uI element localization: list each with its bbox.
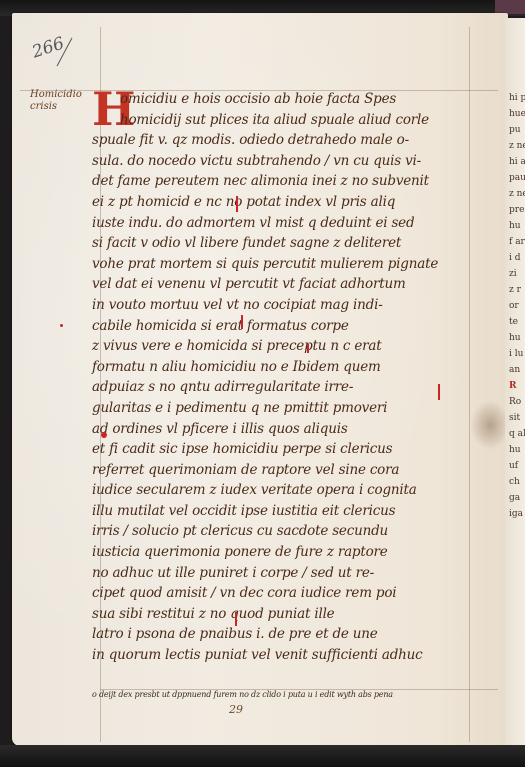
leaf-fragment: iga: [505, 506, 525, 522]
text-line: in quorum lectis puniat vel venit suffic…: [92, 645, 490, 666]
red-paraph-mark: [307, 344, 309, 353]
text-line: det fame pereutem nec alimonia inei z no…: [92, 171, 490, 192]
text-line: cipet quod amisit / vn dec cora iudice r…: [92, 583, 490, 604]
leaf-fragment: uf: [505, 458, 525, 474]
leaf-fragment: i lu: [505, 346, 525, 362]
text-line: spuale fit v. qz modis. odiedo detrahedo…: [92, 130, 490, 151]
text-line: in vouto mortuu vel vt no cocipiat mag i…: [92, 295, 490, 316]
leaf-fragment: ga: [505, 490, 525, 506]
leaf-fragment: hu: [505, 330, 525, 346]
leaf-fragment: or: [505, 298, 525, 314]
leaf-fragment: ch: [505, 474, 525, 490]
leaf-fragment: i d: [505, 250, 525, 266]
leaf-fragment: an: [505, 362, 525, 378]
leaf-fragment: f ar: [505, 234, 525, 250]
red-paraph-mark: [236, 196, 238, 212]
text-line: omicidiu e hois occisio ab hoie facta Sp…: [120, 89, 490, 110]
red-mark-strike: [101, 432, 107, 438]
text-line: et fi cadit sic ipse homicidiu perpe si …: [92, 439, 490, 460]
bottom-gloss: o deijt dex presbt ut dppnuend furem no …: [92, 690, 482, 699]
text-line: illu mutilat vel occidit ipse iustitia e…: [92, 501, 490, 522]
text-line: iuste indu. do admortem vl mist q deduin…: [92, 213, 490, 234]
text-line: adpuiaz s no qntu adirregularitate irre-: [92, 377, 490, 398]
text-line: irris / solucio pt clericus cu sacdote s…: [92, 521, 490, 542]
leaf-fragment: pu: [505, 122, 525, 138]
text-line: latro i psona de pnaibus i. de pre et de…: [92, 624, 490, 645]
text-line: no adhuc ut ille puniret i corpe / sed u…: [92, 563, 490, 584]
catchword: 29: [229, 703, 243, 716]
leaf-fragment: pre: [505, 202, 525, 218]
rubric-line-2: crisis: [30, 101, 90, 113]
next-leaf-edge: hi p hue pu z ne hi ac pau z ne pre hu f…: [505, 18, 525, 748]
rubric-line-1: Homicidio: [30, 89, 90, 101]
text-line: iudice secularem z iudex veritate opera …: [92, 480, 490, 501]
leaf-fragment: hi p: [505, 90, 525, 106]
book-cover-bottom: [0, 745, 525, 767]
marginal-rubric: Homicidio crisis: [30, 89, 90, 113]
red-margin-dot: [60, 324, 63, 327]
text-line: sua sibi restitui z no quod puniat ille: [92, 604, 490, 625]
red-paraph-mark: [438, 384, 440, 400]
red-paraph-mark: [235, 612, 237, 626]
book-cover-corner: [495, 0, 525, 14]
leaf-fragment: te: [505, 314, 525, 330]
text-line: referret querimoniam de raptore vel sine…: [92, 460, 490, 481]
leaf-fragment: hue: [505, 106, 525, 122]
text-line: ei z pt homicid e nc no potat index vl p…: [92, 192, 490, 213]
leaf-fragment: z ne: [505, 186, 525, 202]
text-line: homicidij sut plices ita aliud spuale al…: [120, 110, 490, 131]
text-line: sula. do nocedo victu subtrahendo / vn c…: [92, 151, 490, 172]
leaf-red-initial: R: [505, 378, 525, 394]
leaf-fragment: sit: [505, 410, 525, 426]
text-line: vohe prat mortem si quis percutit mulier…: [92, 254, 490, 275]
leaf-fragment: hu: [505, 218, 525, 234]
leaf-fragment: hu: [505, 442, 525, 458]
main-text: omicidiu e hois occisio ab hoie facta Sp…: [120, 89, 490, 666]
text-line: formatu n aliu homicidiu no e Ibidem que…: [92, 357, 490, 378]
text-line: vel dat ei venenu vl percutit vt faciat …: [92, 274, 490, 295]
text-line: gularitas e i pedimentu q ne pmittit pmo…: [92, 398, 490, 419]
text-line: cabile homicida si erat formatus corpe: [92, 316, 490, 337]
leaf-fragment: pau: [505, 170, 525, 186]
leaf-fragment: q al: [505, 426, 525, 442]
leaf-fragment: hi ac: [505, 154, 525, 170]
text-line: si facit v odio vl libere fundet sagne z…: [92, 233, 490, 254]
text-line: z vivus vere e homicida si preceptu n c …: [92, 336, 490, 357]
leaf-fragment: z ne: [505, 138, 525, 154]
text-line: ad ordines vl pficere i illis quos aliqu…: [92, 419, 490, 440]
text-line: iusticia querimonia ponere de fure z rap…: [92, 542, 490, 563]
ink-stain: [470, 400, 510, 450]
red-paraph-mark: [241, 315, 243, 329]
leaf-fragment: zi: [505, 266, 525, 282]
leaf-fragment: z r: [505, 282, 525, 298]
leaf-fragment: Ro: [505, 394, 525, 410]
